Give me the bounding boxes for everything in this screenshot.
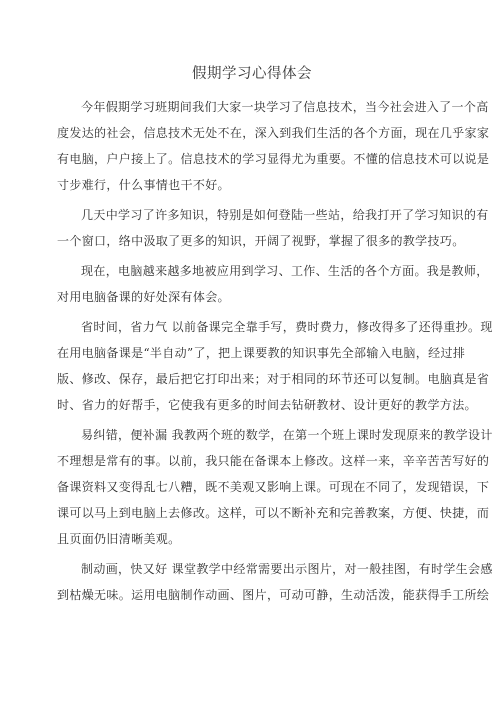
document-page: 假期学习心得体会 今年假期学习班期间我们大家一块学习了信息技术，当今社会进入了一… (0, 0, 504, 713)
document-body: 今年假期学习班期间我们大家一块学习了信息技术，当今社会进入了一个高 度发达的社会… (57, 94, 445, 612)
text-line: 不理想是常有的事。以前，我只能在备课本上修改。这样一来，辛辛苦苦写好的 (57, 448, 445, 474)
paragraph-4: 省时间，省力气 以前备课完全靠手写，费时费力，修改得多了还得重抄。现 在用电脑备… (57, 314, 445, 418)
text-line: 对用电脑备课的好处深有体会。 (57, 284, 445, 310)
text-line: 易纠错，便补漏 我教两个班的数学，在第一个班上课时发现原来的教学设计 (57, 422, 445, 448)
text-line: 到枯燥无味。运用电脑制作动画、图片，可动可静，生动活泼，能获得手工所绘 (57, 582, 445, 608)
text-line: 备课资料又变得乱七八糟，既不美观又影响上课。可现在不同了，发现错误，下 (57, 474, 445, 500)
text-line: 制动画，快又好 课堂教学中经常需要出示图片，对一般挂图，有时学生会感 (57, 556, 445, 582)
text-line: 省时间，省力气 以前备课完全靠手写，费时费力，修改得多了还得重抄。现 (57, 314, 445, 340)
text-line: 且页面仍旧清晰美观。 (57, 526, 445, 552)
text-line: 现在，电脑越来越多地被应用到学习、工作、生活的各个方面。我是教师， (57, 258, 445, 284)
text-line: 在用电脑备课是“半自动”了，把上课要教的知识事先全部输入电脑，经过排 (57, 340, 445, 366)
text-line: 一个窗口，络中汲取了更多的知识，开阔了视野，掌握了很多的教学技巧。 (57, 228, 445, 254)
paragraph-6: 制动画，快又好 课堂教学中经常需要出示图片，对一般挂图，有时学生会感 到枯燥无味… (57, 556, 445, 608)
text-line: 有电脑，户户接上了。信息技术的学习显得尤为重要。不懂的信息技术可以说是 (57, 146, 445, 172)
text-line: 课可以马上到电脑上去修改。这样，可以不断补充和完善教案，方便、快捷，而 (57, 500, 445, 526)
text-line: 版、修改、保存，最后把它打印出来；对于相同的环节还可以复制。电脑真是省 (57, 366, 445, 392)
text-line: 几天中学习了许多知识，特别是如何登陆一些站，给我打开了学习知识的有 (57, 202, 445, 228)
paragraph-2: 几天中学习了许多知识，特别是如何登陆一些站，给我打开了学习知识的有 一个窗口，络… (57, 202, 445, 254)
text-line: 时、省力的好帮手，它使我有更多的时间去钻研教材、设计更好的教学方法。 (57, 392, 445, 418)
paragraph-3: 现在，电脑越来越多地被应用到学习、工作、生活的各个方面。我是教师， 对用电脑备课… (57, 258, 445, 310)
paragraph-1: 今年假期学习班期间我们大家一块学习了信息技术，当今社会进入了一个高 度发达的社会… (57, 94, 445, 198)
text-line: 今年假期学习班期间我们大家一块学习了信息技术，当今社会进入了一个高 (57, 94, 445, 120)
text-line: 寸步难行，什么事情也干不好。 (57, 172, 445, 198)
document-title: 假期学习心得体会 (0, 64, 504, 84)
paragraph-5: 易纠错，便补漏 我教两个班的数学，在第一个班上课时发现原来的教学设计 不理想是常… (57, 422, 445, 552)
text-line: 度发达的社会，信息技术无处不在，深入到我们生活的各个方面，现在几乎家家 (57, 120, 445, 146)
